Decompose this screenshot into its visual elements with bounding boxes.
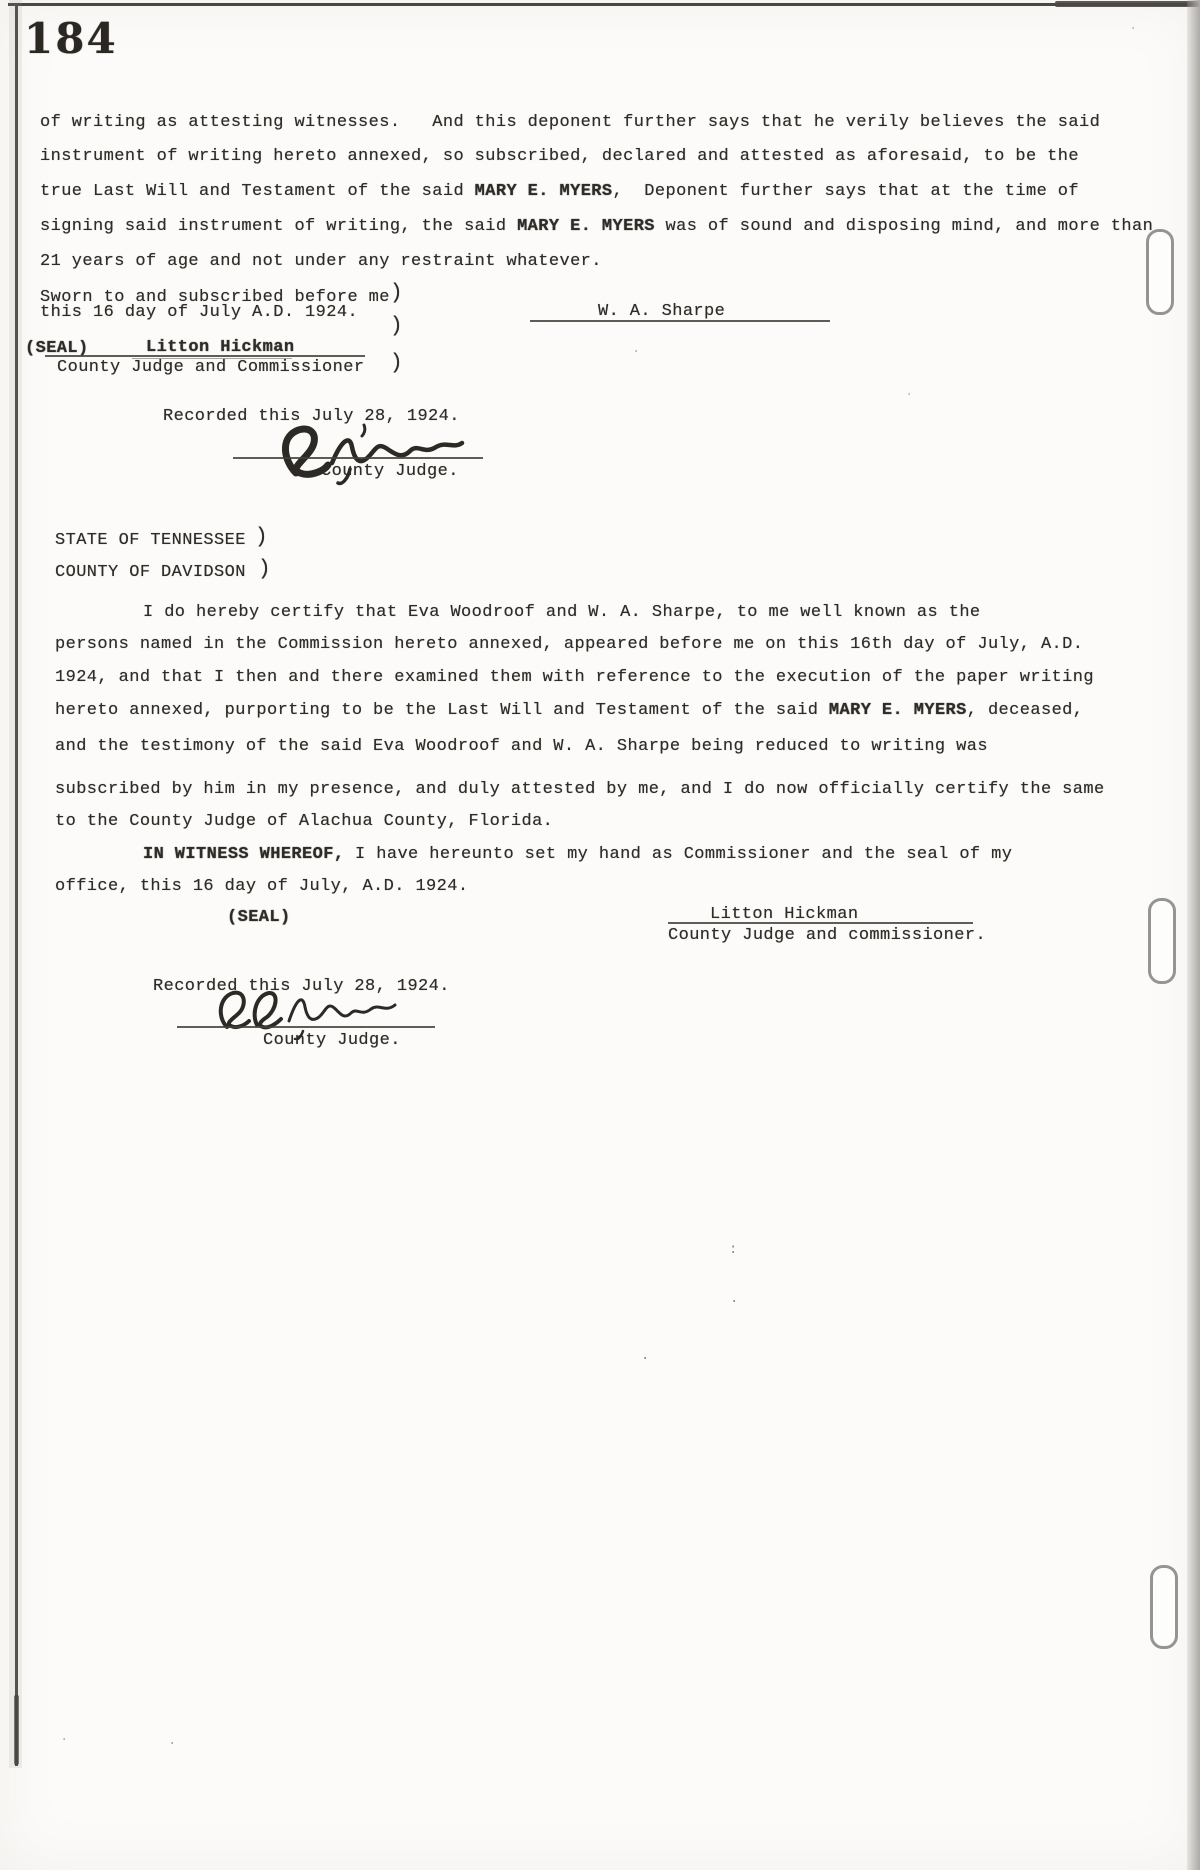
page-top-edge-right-blot — [1055, 1, 1200, 7]
page-left-edge-smudge — [14, 1695, 19, 1765]
scan-speck: · — [168, 1737, 176, 1751]
binder-slot-icon — [1146, 229, 1174, 315]
page-top-edge — [8, 3, 1200, 6]
venue-county: COUNTY OF DAVIDSON — [55, 562, 246, 583]
certificate-line: to the County Judge of Alachua County, F… — [55, 811, 553, 832]
jurat-bracket: ) — [390, 353, 403, 374]
scan-speck: · — [60, 1733, 68, 1747]
commissioner-title: County Judge and Commissioner — [57, 357, 364, 378]
venue-bracket: ) — [258, 559, 271, 580]
page-number: 184 — [24, 14, 118, 63]
scan-speck: · — [632, 345, 640, 359]
jurat-bracket: ) — [390, 283, 403, 304]
affidavit-line: instrument of writing hereto annexed, so… — [40, 146, 1079, 167]
scan-speck: · — [641, 1352, 649, 1366]
witness-clause-line: IN WITNESS WHEREOF, I have hereunto set … — [143, 844, 1012, 865]
scan-speck: · — [1129, 22, 1137, 36]
jurat-date-line: this 16 day of July A.D. 1924. — [40, 302, 358, 323]
page-right-edge — [1187, 0, 1200, 1870]
certificate-line: and the testimony of the said Eva Woodro… — [55, 736, 988, 757]
scan-speck: · — [905, 388, 913, 402]
certificate-line: 1924, and that I then and there examined… — [55, 667, 1094, 688]
certificate-line: subscribed by him in my presence, and du… — [55, 779, 1105, 800]
binder-slot-icon — [1150, 1565, 1178, 1649]
signature-line — [177, 1026, 435, 1028]
venue-state: STATE OF TENNESSEE — [55, 530, 246, 551]
witness-clause-line: office, this 16 day of July, A.D. 1924. — [55, 876, 468, 897]
county-judge-title: County Judge. — [263, 1030, 401, 1051]
seal-label: (SEAL) — [227, 907, 291, 928]
commissioner-title: County Judge and commissioner. — [668, 925, 986, 946]
jurat-bracket: ) — [390, 316, 403, 337]
scanned-probate-record-page: 184 of writing as attesting witnesses. A… — [0, 0, 1200, 1870]
signature-line — [668, 922, 973, 924]
scan-speck: : — [729, 1243, 737, 1257]
affidavit-line: 21 years of age and not under any restra… — [40, 251, 602, 272]
certificate-line: I do hereby certify that Eva Woodroof an… — [143, 602, 981, 623]
affidavit-line: of writing as attesting witnesses. And t… — [40, 112, 1100, 133]
signature-line — [233, 457, 483, 459]
affidavit-line: signing said instrument of writing, the … — [40, 216, 1153, 237]
affidavit-line: true Last Will and Testament of the said… — [40, 181, 1079, 202]
venue-bracket: ) — [255, 527, 268, 548]
witness-signature-name: W. A. Sharpe — [598, 301, 725, 322]
binder-slot-icon — [1148, 898, 1176, 984]
certificate-line: persons named in the Commission hereto a… — [55, 634, 1083, 655]
county-judge-title: County Judge. — [321, 461, 459, 482]
page-left-edge — [15, 4, 18, 1766]
certificate-line: hereto annexed, purporting to be the Las… — [55, 700, 1083, 721]
scan-speck: · — [730, 1295, 738, 1309]
